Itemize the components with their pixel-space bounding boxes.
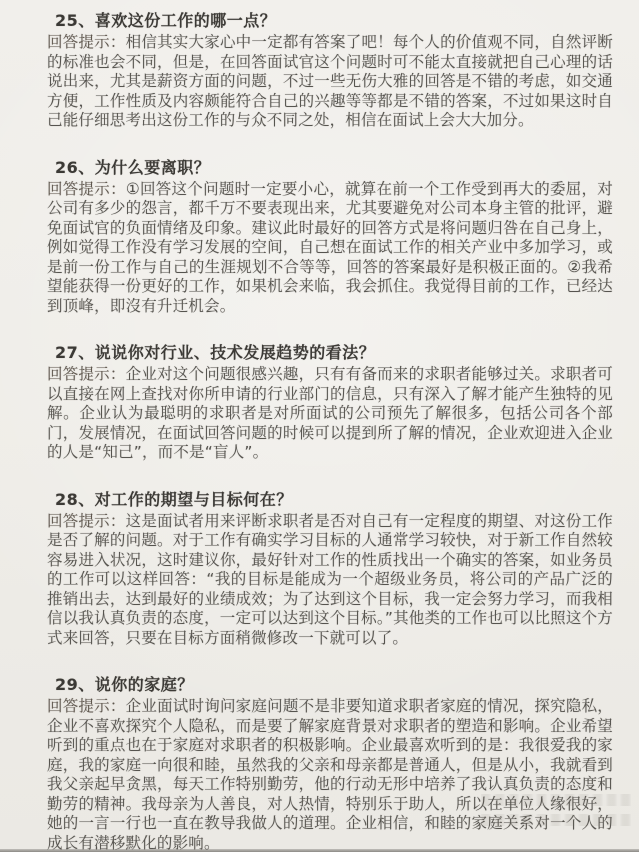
answer-tip-text: 企业面试时询问家庭问题不是非要知道求职者家庭的情况，探究隐私，企业不喜欢探究个人… — [47, 697, 613, 852]
qa-section-25: 25、喜欢这份工作的哪一点？ 回答提示：相信其实大家心中一定都有答案了吧！每个人… — [47, 10, 613, 131]
document-content: 25、喜欢这份工作的哪一点？ 回答提示：相信其实大家心中一定都有答案了吧！每个人… — [47, 10, 613, 852]
question-title: 26、为什么要离职？ — [55, 157, 613, 178]
question-title: 29、说你的家庭？ — [55, 674, 613, 695]
qa-section-26: 26、为什么要离职？ 回答提示：①回答这个问题时一定要小心，就算在前一个工作受到… — [47, 157, 613, 317]
document-page: 25、喜欢这份工作的哪一点？ 回答提示：相信其实大家心中一定都有答案了吧！每个人… — [0, 0, 639, 852]
answer-tip: 回答提示：这是面试者用来评断求职者是否对自己有一定程度的期望、对这份工作是否了解… — [47, 512, 613, 649]
answer-tip-text: 企业对这个问题很感兴趣，只有有备而来的求职者能够过关。求职者可以直接在网上查找对… — [47, 365, 613, 461]
question-title: 25、喜欢这份工作的哪一点？ — [55, 10, 613, 31]
answer-tip-text: ①回答这个问题时一定要小心，就算在前一个工作受到再大的委屈，对公司有多少的怨言，… — [47, 180, 613, 315]
answer-tip-label: 回答提示： — [47, 365, 126, 383]
question-title: 27、说说你对行业、技术发展趋势的看法？ — [55, 342, 613, 363]
answer-tip-label: 回答提示： — [47, 512, 126, 530]
answer-tip-text: 相信其实大家心中一定都有答案了吧！每个人的价值观不同，自然评断的标准也会不同，但… — [47, 33, 613, 129]
answer-tip: 回答提示：相信其实大家心中一定都有答案了吧！每个人的价值观不同，自然评断的标准也… — [47, 33, 613, 131]
question-title: 28、对工作的期望与目标何在？ — [55, 489, 613, 510]
answer-tip-label: 回答提示： — [47, 33, 126, 51]
qa-section-27: 27、说说你对行业、技术发展趋势的看法？ 回答提示：企业对这个问题很感兴趣，只有… — [47, 342, 613, 463]
answer-tip-text: 这是面试者用来评断求职者是否对自己有一定程度的期望、对这份工作是否了解的问题。对… — [47, 512, 613, 647]
answer-tip: 回答提示：①回答这个问题时一定要小心，就算在前一个工作受到再大的委屈，对公司有多… — [47, 180, 613, 317]
qa-section-28: 28、对工作的期望与目标何在？ 回答提示：这是面试者用来评断求职者是否对自己有一… — [47, 489, 613, 649]
answer-tip: 回答提示：企业对这个问题很感兴趣，只有有备而来的求职者能够过关。求职者可以直接在… — [47, 365, 613, 463]
answer-tip-label: 回答提示： — [47, 180, 126, 198]
qa-section-29: 29、说你的家庭？ 回答提示：企业面试时询问家庭问题不是非要知道求职者家庭的情况… — [47, 674, 613, 852]
answer-tip: 回答提示：企业面试时询问家庭问题不是非要知道求职者家庭的情况，探究隐私，企业不喜… — [47, 697, 613, 852]
answer-tip-label: 回答提示： — [47, 697, 126, 715]
